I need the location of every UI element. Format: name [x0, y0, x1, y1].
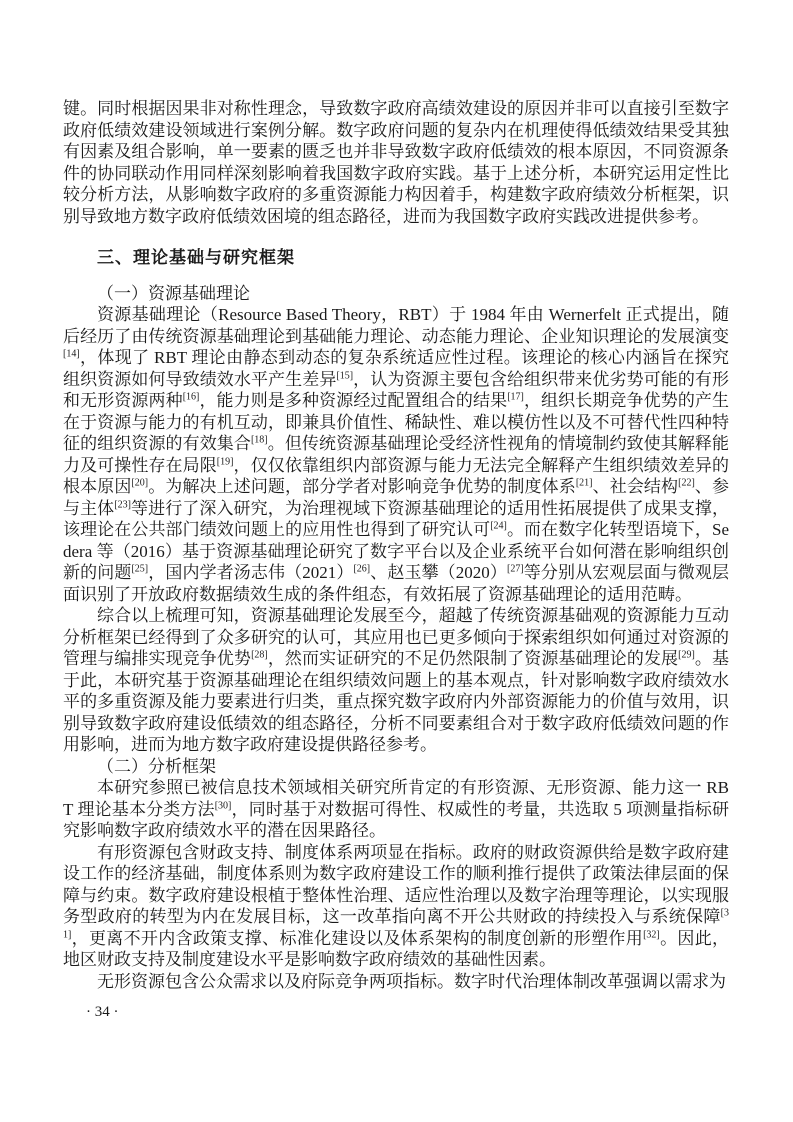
citation-ref: [23] [114, 499, 131, 510]
paragraph: 键。同时根据因果非对称性理念，导致数字政府高绩效建设的原因并非可以直接引至数字政… [63, 98, 729, 227]
page-number: · 34 · [63, 1002, 729, 1022]
paragraph: 综合以上梳理可知，资源基础理论发展至今，超越了传统资源基础观的资源能力互动分析框… [63, 605, 729, 756]
citation-ref: [16] [183, 391, 200, 402]
citation-ref: [26] [353, 563, 370, 574]
citation-ref: [21] [576, 477, 593, 488]
citation-ref: [19] [217, 456, 234, 467]
citation-ref: [24] [490, 520, 507, 531]
citation-ref: [20] [131, 477, 148, 488]
paragraph: 无形资源包含公众需求以及府际竞争两项指标。数字时代治理体制改革强调以需求为 [63, 971, 729, 993]
subsection-heading: （一）资源基础理论 [63, 283, 729, 305]
paragraph: 有形资源包含财政支持、制度体系两项显在指标。政府的财政资源供给是数字政府建设工作… [63, 842, 729, 971]
citation-ref: [30] [215, 800, 232, 811]
paragraph: 资源基础理论（Resource Based Theory，RBT）于 1984 … [63, 304, 729, 605]
subsection-heading: （二）分析框架 [63, 756, 729, 778]
citation-ref: [29] [678, 649, 695, 660]
citation-ref: [27] [507, 563, 524, 574]
citation-ref: [17] [507, 391, 524, 402]
citation-ref: [32] [643, 929, 660, 940]
citation-ref: [31] [63, 907, 729, 940]
citation-ref: [15] [336, 370, 353, 381]
document-body: 键。同时根据因果非对称性理念，导致数字政府高绩效建设的原因并非可以直接引至数字政… [63, 98, 729, 992]
citation-ref: [14] [63, 348, 80, 359]
paragraph: 本研究参照已被信息技术领域相关研究所肯定的有形资源、无形资源、能力这一 RBT … [63, 777, 729, 842]
citation-ref: [18] [251, 434, 268, 445]
section-heading: 三、理论基础与研究框架 [63, 248, 729, 270]
citation-ref: [25] [131, 563, 148, 574]
citation-ref: [22] [678, 477, 695, 488]
document-page: 键。同时根据因果非对称性理念，导致数字政府高绩效建设的原因并非可以直接引至数字政… [0, 0, 793, 1122]
citation-ref: [28] [251, 649, 268, 660]
